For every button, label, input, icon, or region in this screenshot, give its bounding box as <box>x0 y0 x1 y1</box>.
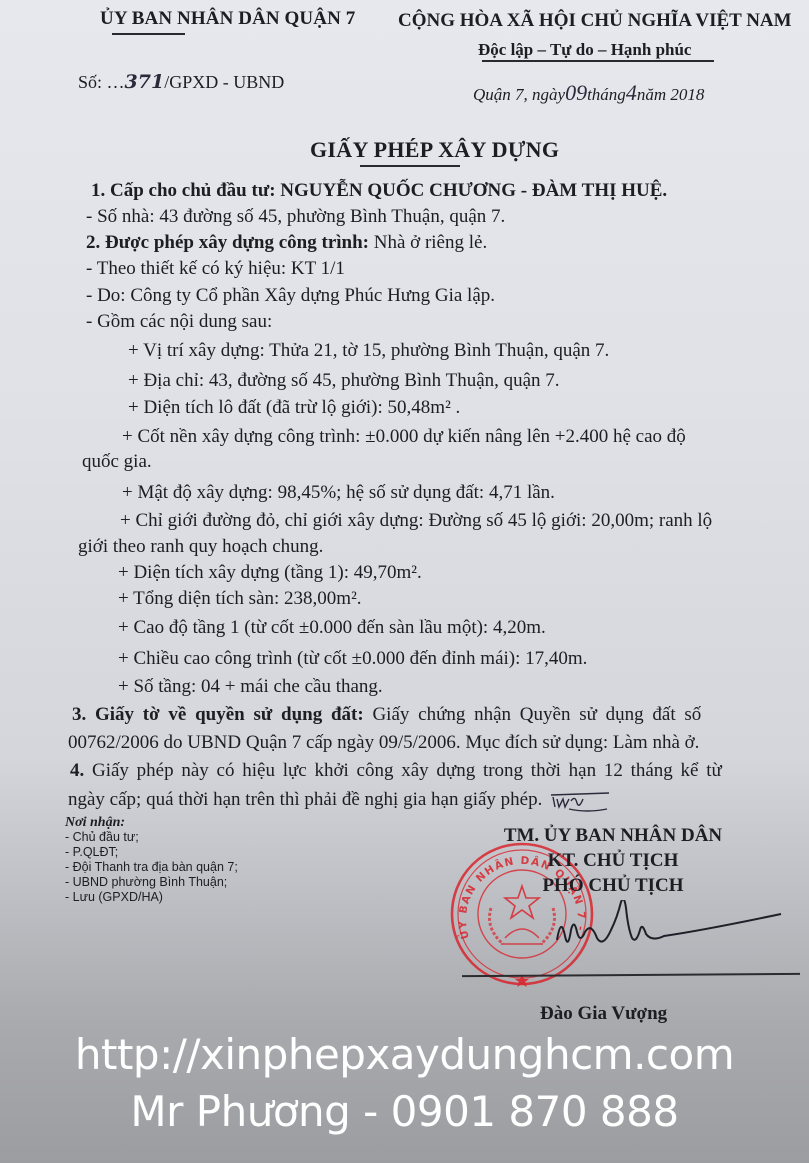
item-building-height: + Chiều cao công trình (từ cốt ±0.000 đế… <box>118 648 587 670</box>
receiver-item: - Đội Thanh tra địa bàn quận 7; <box>65 860 238 875</box>
item-location: + Vị trí xây dựng: Thửa 21, tờ 15, phườn… <box>128 340 609 362</box>
country-name: CỘNG HÒA XÃ HỘI CHỦ NGHĨA VIỆT NAM <box>398 10 792 32</box>
validity-line1: Giấy phép này có hiệu lực khởi công xây … <box>92 760 722 781</box>
item-lot-area: + Diện tích lô đất (đã trừ lộ giới): 50,… <box>128 397 460 419</box>
date-month-label: tháng <box>587 85 626 104</box>
document-title: GIẤY PHÉP XÂY DỰNG <box>310 137 559 163</box>
signature-line-1: TM. ỦY BAN NHÂN DÂN <box>488 823 738 848</box>
title-underline <box>360 165 460 167</box>
item-floor-level-cont: quốc gia. <box>82 451 152 473</box>
receivers-title: Nơi nhận: <box>65 815 238 830</box>
section-1-label: 1. Cấp cho chủ đầu tư: <box>91 180 280 201</box>
owner-names: NGUYỄN QUỐC CHƯƠNG - ĐÀM THỊ HUỆ. <box>280 180 667 201</box>
section-2-label: 2. Được phép xây dựng công trình: <box>86 232 374 253</box>
issuer-name: ỦY BAN NHÂN DÂN QUẬN 7 <box>100 8 355 30</box>
section-3-heading: 3. Giấy tờ về quyền sử dụng đất: Giấy ch… <box>72 704 701 726</box>
item-floor-level: + Cốt nền xây dựng công trình: ±0.000 dự… <box>122 426 686 448</box>
date-place: Quận 7, ngày <box>473 85 565 104</box>
land-certificate-line2: 00762/2006 do UBND Quận 7 cấp ngày 09/5/… <box>68 732 699 754</box>
issuer-underline <box>112 33 185 35</box>
validity-line2-text: ngày cấp; quá thời hạn trên thì phải đề … <box>68 789 542 810</box>
section-1-heading: 1. Cấp cho chủ đầu tư: NGUYỄN QUỐC CHƯƠN… <box>91 180 667 202</box>
signature-block: TM. ỦY BAN NHÂN DÂN KT. CHỦ TỊCH PHÓ CHỦ… <box>488 823 738 898</box>
signature-line-2: KT. CHỦ TỊCH <box>488 848 738 873</box>
designer: - Do: Công ty Cổ phần Xây dựng Phúc Hưng… <box>86 285 495 307</box>
document-number: Số: …371/GPXD - UBND <box>78 71 284 93</box>
doc-number-handwritten: 371 <box>125 71 165 93</box>
date-day: 09 <box>565 80 587 105</box>
item-building-area: + Diện tích xây dựng (tầng 1): 49,70m². <box>118 562 422 584</box>
date-month: 4 <box>626 80 637 105</box>
contents-label: - Gồm các nội dung sau: <box>86 311 272 333</box>
item-address: + Địa chỉ: 43, đường số 45, phường Bình … <box>128 370 560 392</box>
date-year: năm 2018 <box>637 85 705 104</box>
receiver-item: - Chủ đầu tư; <box>65 830 238 845</box>
doc-number-suffix: /GPXD - UBND <box>164 72 284 92</box>
watermark-url: http://xinphepxaydunghcm.com <box>0 1030 809 1079</box>
item-density: + Mật độ xây dựng: 98,45%; hệ số sử dụng… <box>122 482 555 504</box>
validity-line2: ngày cấp; quá thời hạn trên thì phải đề … <box>68 787 617 813</box>
section-4-heading: 4. Giấy phép này có hiệu lực khởi công x… <box>70 760 722 782</box>
building-type: Nhà ở riêng lẻ. <box>374 232 487 253</box>
initials-mark-icon <box>547 787 617 813</box>
section-2-heading: 2. Được phép xây dựng công trình: Nhà ở … <box>86 232 487 254</box>
national-motto: Độc lập – Tự do – Hạnh phúc <box>478 40 691 60</box>
motto-underline <box>482 60 714 62</box>
signer-name: Đào Gia Vượng <box>540 1003 667 1025</box>
receiver-item: - P.QLĐT; <box>65 845 238 860</box>
item-boundaries-cont: giới theo ranh quy hoạch chung. <box>78 536 323 558</box>
receivers-list: Nơi nhận: - Chủ đầu tư; - P.QLĐT; - Đội … <box>65 815 238 905</box>
doc-number-prefix: Số: … <box>78 72 125 92</box>
receiver-item: - UBND phường Bình Thuận; <box>65 875 238 890</box>
signature-line-3: PHÓ CHỦ TỊCH <box>488 873 738 898</box>
item-first-floor-height: + Cao độ tầng 1 (từ cốt ±0.000 đến sàn l… <box>118 617 546 639</box>
item-boundaries: + Chỉ giới đường đỏ, chỉ giới xây dựng: … <box>120 510 712 532</box>
issue-date: Quận 7, ngày09tháng4năm 2018 <box>473 80 704 106</box>
watermark-contact: Mr Phương - 0901 870 888 <box>0 1087 809 1136</box>
section-3-label: 3. Giấy tờ về quyền sử dụng đất: <box>72 704 372 725</box>
item-floor-count: + Số tầng: 04 + mái che cầu thang. <box>118 676 383 698</box>
item-total-floor-area: + Tổng diện tích sàn: 238,00m². <box>118 588 362 610</box>
receiver-item: - Lưu (GPXD/HA) <box>65 890 238 905</box>
section-4-label: 4. <box>70 760 92 781</box>
construction-permit-document: ỦY BAN NHÂN DÂN QUẬN 7 CỘNG HÒA XÃ HỘI C… <box>0 0 809 1163</box>
handwritten-signature-icon <box>555 900 785 955</box>
land-certificate-line1: Giấy chứng nhận Quyền sử dụng đất số <box>372 704 701 725</box>
owner-address: - Số nhà: 43 đường số 45, phường Bình Th… <box>86 206 505 228</box>
design-code: - Theo thiết kế có ký hiệu: KT 1/1 <box>86 258 345 280</box>
